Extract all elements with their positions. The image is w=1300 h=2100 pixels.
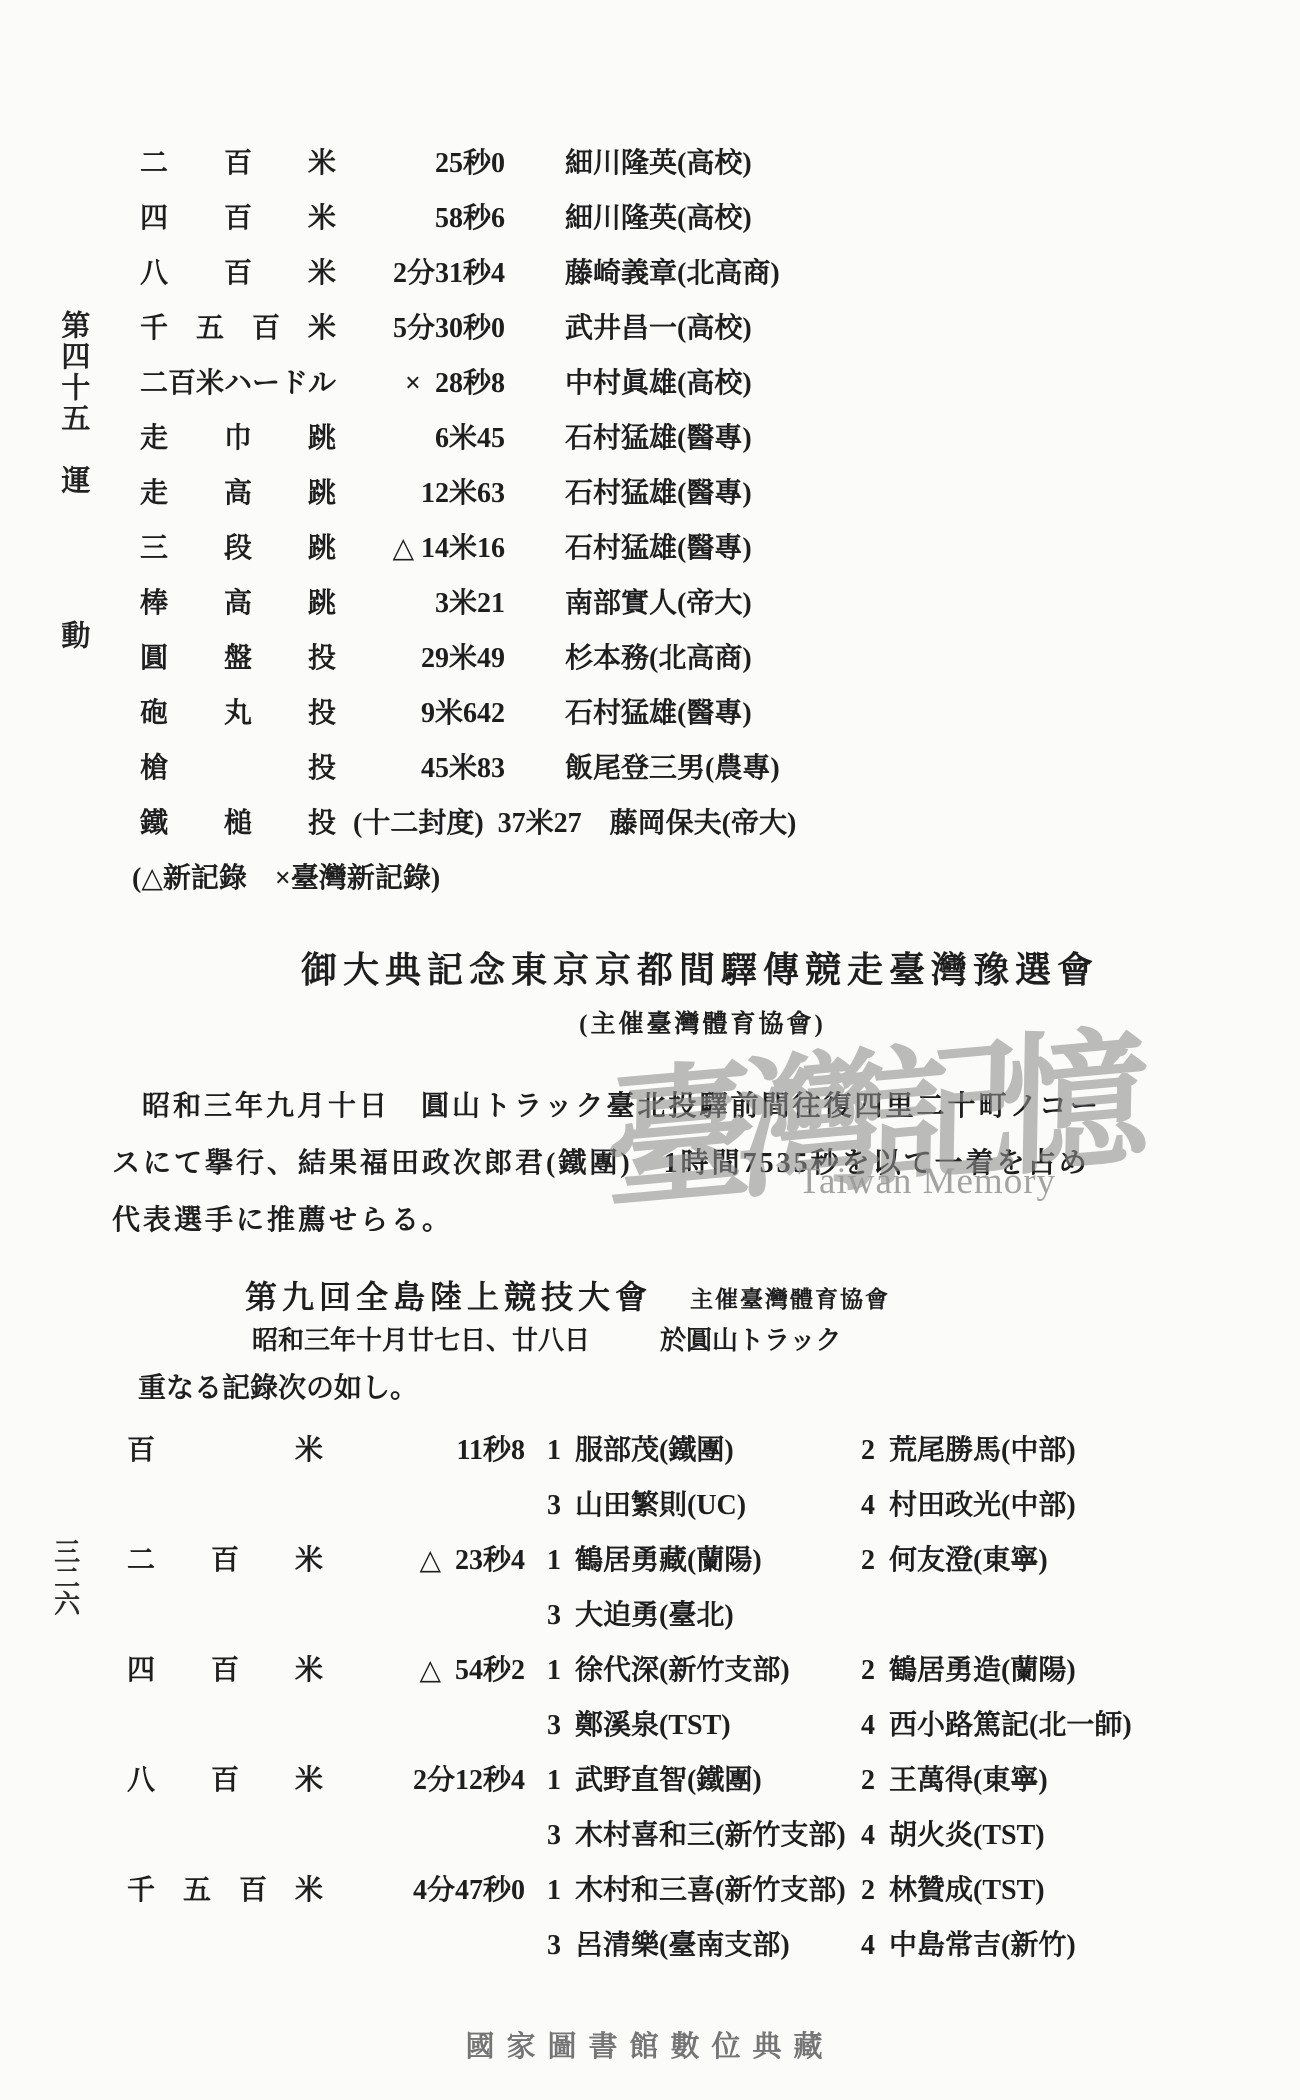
place-entry: 3 木村喜和三(新竹支部) [547,1813,847,1853]
place-entry: 3 山田繁則(UC) [547,1483,847,1523]
meet-intro: 重なる記錄次の如し。 [138,1366,418,1406]
margin-page-number: 三二六 [50,1538,79,1616]
table-row: 二 百 米△ 23秒41 鶴居勇藏(蘭陽)2 何友澄(東寧) [127,1530,1132,1585]
place-entry: 2 林贊成(TST) [861,1868,1045,1908]
record-holder: 藤崎義章(北高商) [565,251,780,291]
record-holder: 細川隆英(高校) [565,196,752,236]
record-holder: 石村猛雄(醫專) [565,691,752,731]
place-entry: 4 胡火炎(TST) [861,1813,1045,1853]
event-name: 八 百 米 [140,251,345,291]
event-name: 千 五 百 米 [127,1868,350,1908]
meet-date-line: 昭和三年十月廿七日、廿八日於圓山トラック [252,1320,842,1357]
record-holder: 石村猛雄(醫專) [565,471,752,511]
event-name: 八 百 米 [127,1758,350,1798]
record-holder: 石村猛雄(醫專) [565,416,752,456]
place-entry: 3 鄭溪泉(TST) [547,1703,847,1743]
ekiden-paragraph: 昭和三年九月十日 圓山トラック臺北投驛前間往復四里二十町ノコー スにて擧行、結果… [112,1078,1101,1249]
place-entry: 3 呂清樂(臺南支部) [547,1923,847,1963]
record-mark: 25秒0 [345,141,505,181]
place-entry: 1 木村和三喜(新竹支部) [547,1868,847,1908]
records-table: 二 百 米25秒0細川隆英(高校) 四 百 米58秒6細川隆英(高校) 八 百 … [140,133,796,848]
event-name: 棒 高 跳 [140,581,345,621]
table-row: 圓 盤 投29米49杉本務(北高商) [140,628,796,683]
table-row: 3 鄭溪泉(TST)4 西小路篤記(北一師) [127,1695,1132,1750]
place-entry: 2 王萬得(東寧) [861,1758,1048,1798]
place-entry: 2 何友澄(東寧) [861,1538,1048,1578]
place-entry: 4 村田政光(中部) [861,1483,1076,1523]
table-row: 3 大迫勇(臺北) [127,1585,1132,1640]
margin-volume-label: 第四十五 運 動 [57,310,88,651]
record-mark: △ 14米16 [345,526,505,566]
record-holder: 中村眞雄(高校) [565,361,752,401]
place-entry: 2 鶴居勇造(蘭陽) [861,1648,1076,1688]
paragraph-line: スにて擧行、結果福田政次郎君(鐵團) 1時間7535秒を以て一着を占め [112,1135,1101,1192]
record-mark: △ 23秒4 [350,1538,525,1578]
event-name: 圓 盤 投 [140,636,345,676]
event-name: 砲 丸 投 [140,691,345,731]
table-row: 棒 高 跳3米21南部實人(帝大) [140,573,796,628]
record-mark: 11秒8 [350,1428,525,1468]
event-name: 二 百 米 [127,1538,350,1578]
event-name: 二 百 米 [140,141,345,181]
record-mark: 2分12秒4 [350,1758,525,1798]
table-row: 三 段 跳△ 14米16石村猛雄(醫專) [140,518,796,573]
table-row: 鐵 槌 投(十二封度)37米27藤岡保夫(帝大) [140,793,796,848]
record-mark: 12米63 [345,471,505,511]
meet-title: 第九回全島陸上競技大會 [245,1272,652,1318]
record-mark: 58秒6 [345,196,505,236]
table-row: 二百米ハードル× 28秒8中村眞雄(高校) [140,353,796,408]
place-entry: 4 西小路篤記(北一師) [861,1703,1132,1743]
place-entry: 4 中島常吉(新竹) [861,1923,1076,1963]
meet-venue: 於圓山トラック [660,1326,841,1355]
weight-note: (十二封度) [353,801,484,841]
record-holder: 南部實人(帝大) [565,581,752,621]
table-row: 砲 丸 投9米642石村猛雄(醫專) [140,683,796,738]
records-legend: (△新記錄 ×臺灣新記錄) [132,856,440,896]
record-holder: 武井昌一(高校) [565,306,752,346]
event-name: 千 五 百 米 [140,306,345,346]
record-mark: 9米642 [345,691,505,731]
table-row: 二 百 米25秒0細川隆英(高校) [140,133,796,188]
table-row: 四 百 米58秒6細川隆英(高校) [140,188,796,243]
event-name: 走 巾 跳 [140,416,345,456]
scanned-page: 第四十五 運 動 三二六 二 百 米25秒0細川隆英(高校) 四 百 米58秒6… [0,0,1300,2100]
table-row: 3 山田繁則(UC)4 村田政光(中部) [127,1475,1132,1530]
place-entry: 1 鶴居勇藏(蘭陽) [547,1538,847,1578]
place-entry: 1 服部茂(鐵團) [547,1428,847,1468]
results-table: 百 米11秒81 服部茂(鐵團)2 荒尾勝馬(中部) 3 山田繁則(UC)4 村… [127,1420,1132,1970]
paragraph-line: 代表選手に推薦せらる。 [112,1192,1101,1249]
place-entry: 1 徐代深(新竹支部) [547,1648,847,1688]
event-name: 走 高 跳 [140,471,345,511]
record-holder: 藤岡保夫(帝大) [610,801,797,841]
record-mark: 2分31秒4 [345,251,505,291]
record-mark: 3米21 [345,581,505,621]
record-mark: 4分47秒0 [350,1868,525,1908]
record-mark: 5分30秒0 [345,306,505,346]
section-title-ekiden: 御大典記念東京京都間驛傳競走臺灣豫選會 [0,942,1300,993]
table-row: 3 木村喜和三(新竹支部)4 胡火炎(TST) [127,1805,1132,1860]
event-name: 四 百 米 [140,196,345,236]
section-heading-meet: 第九回全島陸上競技大會 主催臺灣體育協會 [245,1272,890,1318]
table-row: 千 五 百 米5分30秒0武井昌一(高校) [140,298,796,353]
table-row: 槍 投45米83飯尾登三男(農專) [140,738,796,793]
paragraph-line: 昭和三年九月十日 圓山トラック臺北投驛前間往復四里二十町ノコー [112,1078,1101,1135]
event-name: 二百米ハードル [140,361,345,401]
record-mark: 45米83 [345,746,505,786]
record-mark: 6米45 [345,416,505,456]
section-organizer: (主催臺灣體育協會) [0,1004,1300,1040]
record-mark: × 28秒8 [345,361,505,401]
table-row: 3 呂清樂(臺南支部)4 中島常吉(新竹) [127,1915,1132,1970]
record-holder: 杉本務(北高商) [565,636,752,676]
table-row: 四 百 米△ 54秒21 徐代深(新竹支部)2 鶴居勇造(蘭陽) [127,1640,1132,1695]
record-mark: 37米27 [498,801,582,841]
table-row: 走 巾 跳6米45石村猛雄(醫專) [140,408,796,463]
record-mark: △ 54秒2 [350,1648,525,1688]
event-name: 三 段 跳 [140,526,345,566]
place-entry: 1 武野直智(鐵團) [547,1758,847,1798]
meet-organizer: 主催臺灣體育協會 [690,1281,890,1318]
record-holder: 石村猛雄(醫專) [565,526,752,566]
meet-dates: 昭和三年十月廿七日、廿八日 [252,1326,590,1355]
event-name: 槍 投 [140,746,345,786]
table-row: 八 百 米2分31秒4藤崎義章(北高商) [140,243,796,298]
library-footer: 國家圖書館數位典藏 [0,2024,1300,2065]
record-holder: 飯尾登三男(農專) [565,746,780,786]
place-entry: 3 大迫勇(臺北) [547,1593,847,1633]
table-row: 千 五 百 米4分47秒01 木村和三喜(新竹支部)2 林贊成(TST) [127,1860,1132,1915]
table-row: 走 高 跳12米63石村猛雄(醫專) [140,463,796,518]
event-name: 四 百 米 [127,1648,350,1688]
place-entry: 2 荒尾勝馬(中部) [861,1428,1076,1468]
event-name: 鐵 槌 投 [140,801,345,841]
event-name: 百 米 [127,1428,350,1468]
record-mark: 29米49 [345,636,505,676]
table-row: 八 百 米2分12秒41 武野直智(鐵團)2 王萬得(東寧) [127,1750,1132,1805]
table-row: 百 米11秒81 服部茂(鐵團)2 荒尾勝馬(中部) [127,1420,1132,1475]
record-holder: 細川隆英(高校) [565,141,752,181]
